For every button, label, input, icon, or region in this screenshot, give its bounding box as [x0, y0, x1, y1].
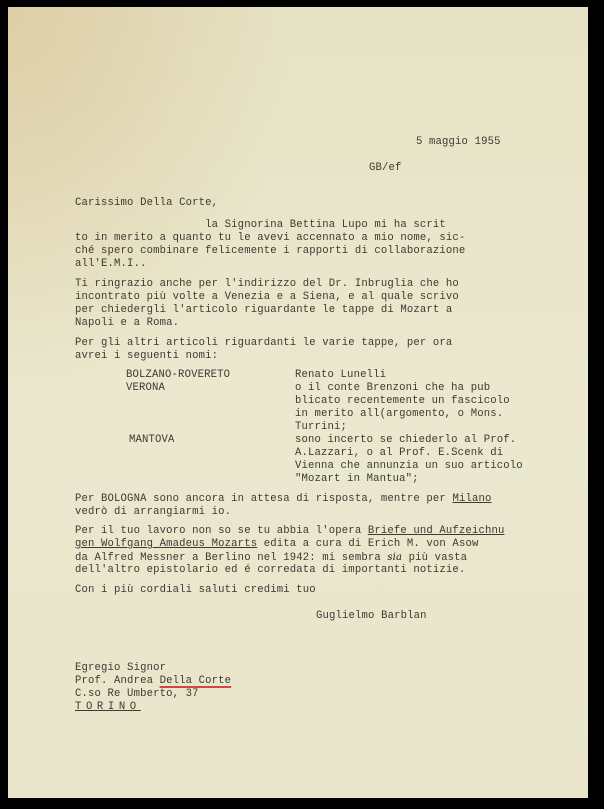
contact-line: Renato Lunelli: [295, 369, 386, 383]
city-label: MANTOVA: [129, 434, 175, 448]
text-run: edita a cura di Erich M. von Asow: [257, 538, 478, 550]
contact-line: sono incerto se chiederlo al Prof.: [295, 434, 516, 448]
paragraph-line: Per il tuo lavoro non so se tu abbia l'o…: [75, 525, 504, 539]
paragraph-line: avrei i seguenti nomi:: [75, 350, 218, 364]
contact-line: blicato recentemente un fascicolo: [295, 395, 510, 409]
paragraph-line: dell'altro epistolario ed é corredata di…: [75, 564, 465, 578]
signature-name: Guglielmo Barblan: [316, 610, 427, 624]
underlined-city: Milano: [452, 493, 491, 505]
letter-date: 5 maggio 1955: [416, 136, 501, 150]
letter-page: 5 maggio 1955 GB/ef Carissimo Della Cort…: [8, 7, 588, 798]
paragraph-line: Napoli e a Roma.: [75, 317, 179, 331]
address-city: TORINO: [75, 701, 141, 715]
recipient-surname: Della Corte: [160, 675, 232, 687]
paragraph-line: to in merito a quanto tu le avevi accenn…: [75, 232, 465, 246]
salutation: Carissimo Della Corte,: [75, 197, 218, 211]
text-run: Prof. Andrea: [75, 675, 160, 687]
text-run: Per BOLOGNA sono ancora in attesa di ris…: [75, 493, 452, 505]
paragraph-line: Ti ringrazio anche per l'indirizzo del D…: [75, 278, 459, 292]
paragraph-line: la Signorina Bettina Lupo mi ha scrit: [75, 219, 446, 233]
paragraph-line: Per gli altri articoli riguardanti le va…: [75, 337, 452, 351]
text-run: da Alfred Messner a Berlino nel 1942: mi…: [75, 552, 387, 564]
reference-code: GB/ef: [369, 162, 402, 176]
closing-line: Con i più cordiali saluti credimi tuo: [75, 584, 316, 598]
paragraph-line: Per BOLOGNA sono ancora in attesa di ris…: [75, 493, 491, 507]
contact-line: Turrini;: [295, 421, 347, 435]
handwritten-correction: sia: [387, 552, 402, 563]
address-line: C.so Re Umberto, 37: [75, 688, 199, 702]
paragraph-line: incontrato più volte a Venezia e a Siena…: [75, 291, 459, 305]
paragraph-line: vedrò di arrangiarmi io.: [75, 506, 231, 520]
contact-line: A.Lazzari, o al Prof. E.Scenk di: [295, 447, 503, 461]
address-line: Egregio Signor: [75, 662, 166, 676]
text-run: Per il tuo lavoro non so se tu abbia l'o…: [75, 525, 368, 537]
paragraph-line: ché spero combinare felicemente i rappor…: [75, 245, 465, 259]
book-title: gen Wolfgang Amadeus Mozarts: [75, 538, 257, 550]
contact-line: o il conte Brenzoni che ha pub: [295, 382, 490, 396]
paragraph-line: per chiedergli l'articolo riguardante le…: [75, 304, 452, 318]
contact-line: "Mozart in Mantua";: [295, 473, 419, 487]
city-label: VERONA: [126, 382, 165, 396]
contact-line: Vienna che annunzia un suo articolo: [295, 460, 523, 474]
paragraph-line: all'E.M.I..: [75, 258, 147, 272]
city-label: BOLZANO-ROVERETO: [126, 369, 230, 383]
paragraph-line: gen Wolfgang Amadeus Mozarts edita a cur…: [75, 538, 478, 552]
address-line: Prof. Andrea Della Corte: [75, 675, 231, 689]
text-run: più vasta: [402, 552, 467, 564]
book-title: Briefe und Aufzeichnu: [368, 525, 505, 537]
contact-line: in merito all(argomento, o Mons.: [295, 408, 503, 422]
